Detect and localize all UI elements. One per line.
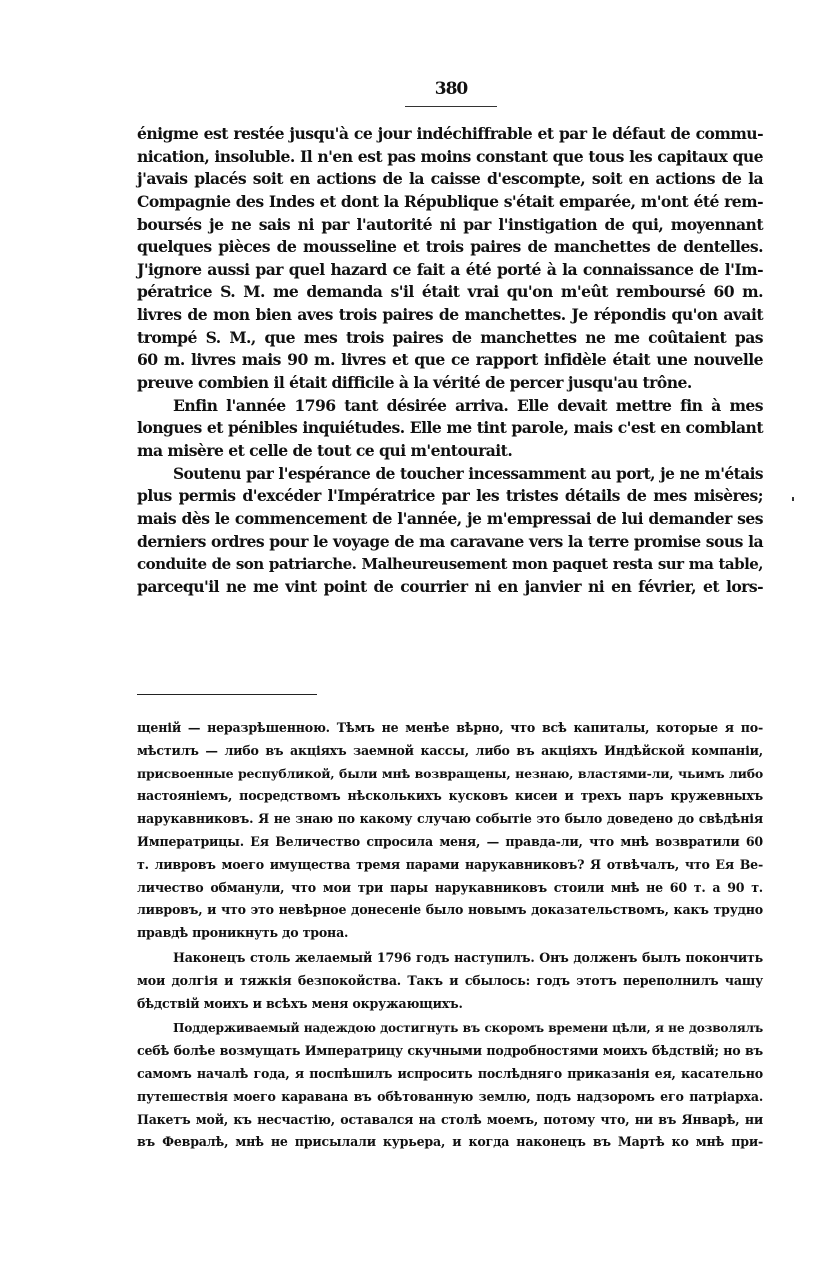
text-line: boursés je ne sais ni par l'autorité ni … <box>137 214 763 237</box>
footnote-line: себѣ болѣе возмущать Императрицу скучным… <box>137 1040 763 1063</box>
text-line: 60 m. livres mais 90 m. livres et que ce… <box>137 349 763 372</box>
text-line: derniers ordres pour le voyage de ma car… <box>137 531 763 554</box>
scanned-book-page: 380 énigme est restée jusqu'à ce jour in… <box>0 0 834 1267</box>
footnote-line: ливровъ, и что это невѣрное донесеніе бы… <box>137 899 763 922</box>
text-line: livres de mon bien aves trois paires de … <box>137 304 763 327</box>
text-line: pératrice S. M. me demanda s'il était vr… <box>137 281 763 304</box>
text-line: j'avais placés soit en actions de la cai… <box>137 168 763 191</box>
text-line: mais dès le commencement de l'année, je … <box>137 508 763 531</box>
text-line: preuve combien il était difficile à la v… <box>137 372 763 395</box>
text-line: quelques pièces de mousseline et trois p… <box>137 236 763 259</box>
text-line: Compagnie des Indes et dont la Républiqu… <box>137 191 763 214</box>
text-line: parcequ'il ne me vint point de courrier … <box>137 576 763 599</box>
footnote-line: присвоенные республикой, были мнѣ возвра… <box>137 763 763 786</box>
text-line: trompé S. M., que mes trois paires de ma… <box>137 327 763 350</box>
footnote-line: путешествія моего каравана въ обѣтованну… <box>137 1086 763 1109</box>
text-line: Enfin l'année 1796 tant désirée arriva. … <box>137 395 763 418</box>
footnote-separator-rule <box>137 694 317 695</box>
text-line: conduite de son patriarche. Malheureusem… <box>137 553 763 576</box>
footnote-line: Поддерживаемый надеждою достигнуть въ ск… <box>137 1017 763 1040</box>
scan-artifact-speck <box>792 497 794 501</box>
footnote-line: Императрицы. Ея Величество спросила меня… <box>137 831 763 854</box>
page-number: 380 <box>405 78 497 100</box>
text-line: plus permis d'excéder l'Impératrice par … <box>137 485 763 508</box>
footnote-line: щеній — неразрѣшенною. Тѣмъ не менѣе вѣр… <box>137 717 763 740</box>
text-line: J'ignore aussi par quel hazard ce fait a… <box>137 259 763 282</box>
text-line: Soutenu par l'espérance de toucher inces… <box>137 463 763 486</box>
footnote-line: мои долгія и тяжкія безпокойства. Такъ и… <box>137 970 763 993</box>
footnote-line: т. ливровъ моего имущества тремя парами … <box>137 854 763 877</box>
footnote-line: личество обманули, что мои три пары нару… <box>137 877 763 900</box>
footnote-line: Пакетъ мой, къ несчастію, оставался на с… <box>137 1109 763 1132</box>
main-text-french: énigme est restée jusqu'à ce jour indéch… <box>137 123 763 598</box>
footnote-line: бѣдствій моихъ и всѣхъ меня окружающихъ. <box>137 993 763 1016</box>
footnote-line: настояніемъ, посредствомъ нѣсколькихъ ку… <box>137 785 763 808</box>
text-line: longues et pénibles inquiétudes. Elle me… <box>137 417 763 440</box>
footnote-line: нарукавниковъ. Я не знаю по какому случа… <box>137 808 763 831</box>
footnote-line: самомъ началѣ года, я поспѣшилъ испросит… <box>137 1063 763 1086</box>
footnote-line: Наконецъ столь желаемый 1796 годъ наступ… <box>137 947 763 970</box>
text-line: énigme est restée jusqu'à ce jour indéch… <box>137 123 763 146</box>
footnote-line: мѣстилъ — либо въ акціяхъ заемной кассы,… <box>137 740 763 763</box>
text-line: ma misère et celle de tout ce qui m'ento… <box>137 440 763 463</box>
footnote-line: въ Февралѣ, мнѣ не присылали курьера, и … <box>137 1131 763 1154</box>
footnote-line: правдѣ проникнуть до трона. <box>137 922 763 945</box>
text-line: nication, insoluble. Il n'en est pas moi… <box>137 146 763 169</box>
header-rule <box>405 106 497 107</box>
footnote-russian-translation: щеній — неразрѣшенною. Тѣмъ не менѣе вѣр… <box>137 717 763 1154</box>
